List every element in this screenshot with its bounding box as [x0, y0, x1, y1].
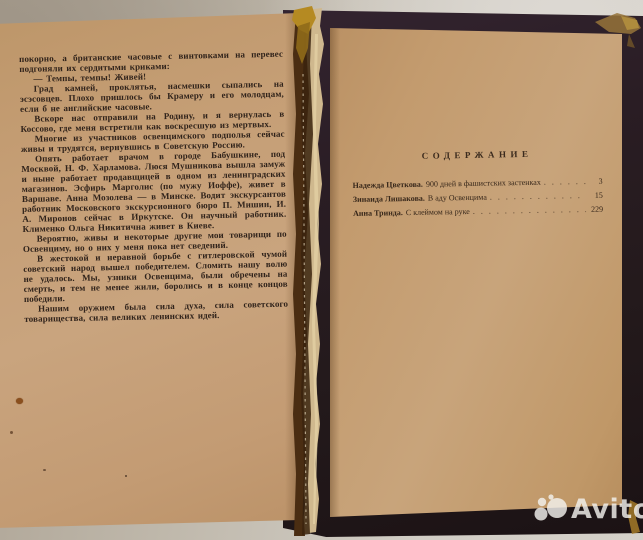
toc-entry: Анна Тринда.С клеймом на руке. . . . . .…	[353, 203, 603, 221]
book-paragraph: Нашим оружием была сила духа, сила совет…	[24, 299, 288, 324]
page-stain	[43, 469, 46, 471]
toc-list: Надежда Цветкова.900 дней в фашистских з…	[352, 175, 603, 221]
contents-title: СОДЕРЖАНИЕ	[352, 148, 602, 162]
avito-watermark: Avito	[534, 494, 643, 524]
toc-author: Надежда Цветкова.	[352, 178, 423, 193]
right-page: СОДЕРЖАНИЕ Надежда Цветкова.900 дней в ф…	[330, 20, 622, 520]
toc-title: С клеймом на руке	[406, 205, 470, 220]
book-paragraph: Опять работает врачом в городе Бабушкине…	[21, 149, 287, 234]
book-photo: покорно, а британские часовые с винтовка…	[0, 0, 643, 540]
table-of-contents: СОДЕРЖАНИЕ Надежда Цветкова.900 дней в ф…	[352, 148, 603, 221]
toc-author: Анна Тринда.	[353, 206, 403, 221]
page-stain	[125, 475, 127, 477]
toc-page-number: 229	[589, 203, 603, 217]
page-stain	[10, 431, 13, 434]
avito-logo-icon	[534, 494, 568, 524]
book-paragraph: В жестокой и неравной борьбе с гитлеровс…	[23, 249, 288, 304]
toc-title: В аду Освенцима	[428, 191, 487, 206]
toc-dot-leader: . . . . . . . . . . . . . . . . . . . . …	[544, 175, 586, 190]
toc-author: Зинаида Лишакова.	[353, 192, 425, 207]
toc-page-number: 15	[589, 189, 603, 203]
toc-dot-leader: . . . . . . . . . . . . . . . . . . . . …	[473, 203, 586, 219]
book-gutter-torn-pages	[282, 4, 342, 538]
left-page: покорно, а британские часовые с винтовка…	[0, 12, 299, 534]
left-page-text: покорно, а британские часовые с винтовка…	[19, 49, 288, 324]
toc-page-number: 3	[588, 175, 602, 189]
watermark-label: Avito	[571, 496, 643, 523]
page-stain	[16, 398, 23, 404]
